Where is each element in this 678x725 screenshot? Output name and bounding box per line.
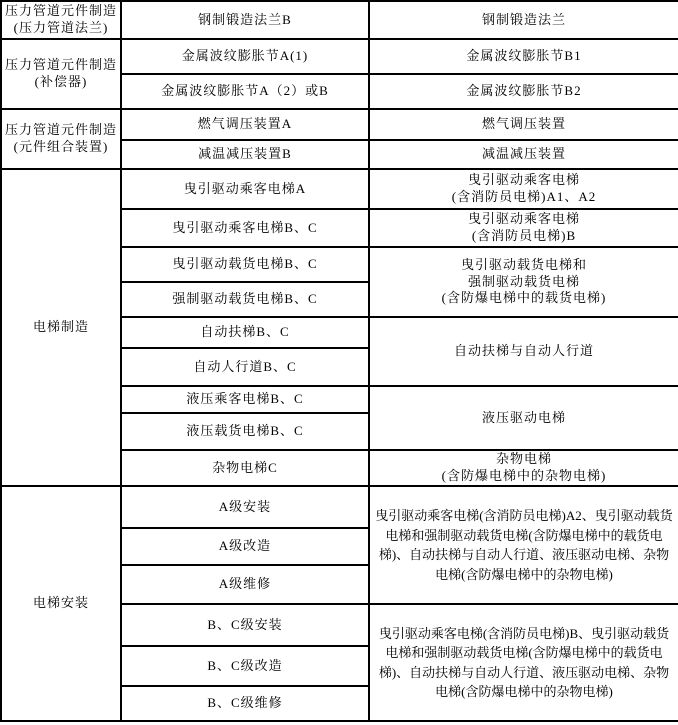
old-item-cell: 自动扶梯B、C [121,317,369,348]
license-category-mapping-table: 压力管道元件制造 (压力管道法兰) 钢制锻造法兰B 钢制锻造法兰 压力管道元件制… [0,0,678,722]
new-item-cell: 金属波纹膨胀节B1 [369,39,678,74]
old-item-cell: 曳引驱动乘客电梯A [121,169,369,209]
category-cell: 压力管道元件制造 (元件组合装置) [1,109,121,169]
old-item-cell: 杂物电梯C [121,450,369,486]
old-item-cell: B、C级改造 [121,646,369,686]
old-item-cell: B、C级维修 [121,686,369,721]
old-item-cell: A级维修 [121,565,369,604]
new-item-cell: 曳引驱动乘客电梯 (含消防员电梯)A1、A2 [369,169,678,209]
old-item-cell: A级安装 [121,486,369,528]
new-item-cell: 曳引驱动乘客电梯(含消防员电梯)A2、曳引驱动载货电梯和强制驱动载货电梯(含防爆… [369,486,678,604]
old-item-cell: 曳引驱动乘客电梯B、C [121,209,369,247]
category-cell: 电梯安装 [1,486,121,721]
new-item-cell: 曳引驱动载货电梯和 强制驱动载货电梯 (含防爆电梯中的载货电梯) [369,247,678,317]
new-item-cell: 燃气调压装置 [369,109,678,140]
table-row: 电梯安装 A级安装 曳引驱动乘客电梯(含消防员电梯)A2、曳引驱动载货电梯和强制… [1,486,678,528]
new-item-cell: 钢制锻造法兰 [369,1,678,39]
old-item-cell: 金属波纹膨胀节A（2）或B [121,74,369,109]
old-item-cell: B、C级安装 [121,604,369,646]
new-item-cell: 金属波纹膨胀节B2 [369,74,678,109]
table-row: 电梯制造 曳引驱动乘客电梯A 曳引驱动乘客电梯 (含消防员电梯)A1、A2 [1,169,678,209]
new-item-cell: 减温减压装置 [369,140,678,169]
table-row: 压力管道元件制造 (补偿器) 金属波纹膨胀节A(1) 金属波纹膨胀节B1 [1,39,678,74]
new-item-cell: 杂物电梯 (含防爆电梯中的杂物电梯) [369,450,678,486]
old-item-cell: 钢制锻造法兰B [121,1,369,39]
new-item-cell: 液压驱动电梯 [369,386,678,450]
old-item-cell: 液压载货电梯B、C [121,413,369,450]
old-item-cell: 曳引驱动载货电梯B、C [121,247,369,282]
old-item-cell: A级改造 [121,528,369,565]
new-item-cell: 曳引驱动乘客电梯 (含消防员电梯)B [369,209,678,247]
old-item-cell: 强制驱动载货电梯B、C [121,282,369,317]
table-row: 压力管道元件制造 (压力管道法兰) 钢制锻造法兰B 钢制锻造法兰 [1,1,678,39]
category-cell: 电梯制造 [1,169,121,486]
new-item-cell: 自动扶梯与自动人行道 [369,317,678,386]
new-item-cell: 曳引驱动乘客电梯(含消防员电梯)B、曳引驱动载货电梯和强制驱动载货电梯(含防爆电… [369,604,678,721]
category-cell: 压力管道元件制造 (补偿器) [1,39,121,109]
table-row: 压力管道元件制造 (元件组合装置) 燃气调压装置A 燃气调压装置 [1,109,678,140]
old-item-cell: 金属波纹膨胀节A(1) [121,39,369,74]
old-item-cell: 自动人行道B、C [121,348,369,386]
old-item-cell: 燃气调压装置A [121,109,369,140]
old-item-cell: 减温减压装置B [121,140,369,169]
old-item-cell: 液压乘客电梯B、C [121,386,369,413]
category-cell: 压力管道元件制造 (压力管道法兰) [1,1,121,39]
